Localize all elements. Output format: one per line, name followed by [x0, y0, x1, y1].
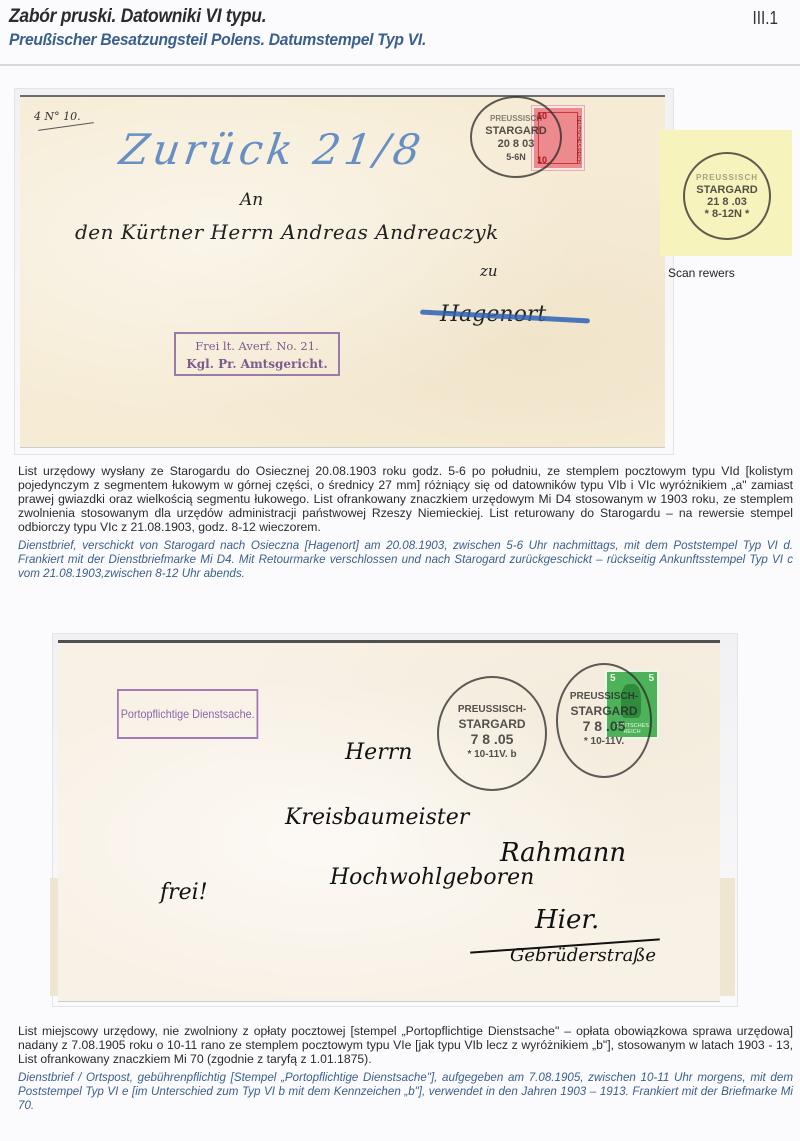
page-number: III.1	[752, 8, 778, 29]
reverse-postmark-town-top: PREUSSISCH	[685, 172, 769, 184]
stamp-country: DEUTSCHES REICH	[575, 116, 581, 164]
reverse-scan-caption: Scan rewers	[668, 266, 735, 280]
postmark-date: 20 8 03	[472, 138, 560, 151]
frame-stamp-line-2: Kgl. Pr. Amtsgericht.	[176, 355, 338, 373]
postmark-hour: 5-6N	[472, 151, 560, 164]
envelope-2-city: Hier.	[535, 905, 599, 935]
frame-stamp-line-1: Frei lt. Averf. No. 21.	[176, 337, 338, 355]
envelope-2-name: Rahmann	[500, 838, 626, 868]
item-2-description-german: Dienstbrief / Ortspost, gebührenpflichti…	[18, 1071, 793, 1113]
envelope-1-reference-note: 4 N° 10.	[34, 110, 81, 123]
envelope-1-zu: zu	[480, 262, 498, 280]
postmark-a-date: 7 8 .05	[439, 732, 545, 747]
envelope-1-postmark: PREUSSISCH STARGARD 20 8 03 5-6N	[470, 96, 562, 178]
reverse-postmark-hour: * 8-12N *	[685, 208, 769, 220]
envelope-2-title: Kreisbaumeister	[285, 805, 469, 830]
postmark-a-hour: * 10-11V. b	[439, 747, 545, 762]
envelope-2-street: Gebrüderstraße	[510, 945, 656, 966]
postmark-a-town-top: PREUSSISCH-	[439, 702, 545, 717]
envelope-1-return-handwriting: Zurück 21/8	[117, 125, 428, 174]
envelope-2-postage-due-frame-stamp: Portopflichtige Dienstsache.	[117, 689, 258, 739]
item-1-description-german: Dienstbrief, verschickt von Starogard na…	[18, 539, 793, 581]
postmark-b-town-top: PREUSSISCH-	[558, 689, 650, 704]
envelope-1-addressee: den Kürtner Herrn Andreas Andreaczyk	[75, 220, 499, 244]
envelope-2-postmark-a: PREUSSISCH- STARGARD 7 8 .05 * 10-11V. b	[437, 676, 547, 791]
postmark-town: STARGARD	[472, 125, 560, 138]
postmark-b-hour: * 10-11V.	[558, 734, 650, 749]
envelope-2-frei: frei!	[160, 880, 208, 905]
header-divider	[0, 64, 800, 66]
postmark-a-town: STARGARD	[439, 717, 545, 732]
postmark-b-date: 7 8 .05	[558, 719, 650, 734]
stamp-value-right: 5	[648, 673, 654, 684]
postmark-b-town: STARGARD	[558, 704, 650, 719]
item-1-description-polish: List urzędowy wysłany ze Starogardu do O…	[18, 464, 793, 534]
page-title-german: Preußischer Besatzungsteil Polens. Datum…	[9, 30, 426, 50]
reverse-postmark-date: 21 8 .03	[685, 196, 769, 208]
reverse-scan-postmark: PREUSSISCH STARGARD 21 8 .03 * 8-12N *	[683, 152, 771, 240]
envelope-2-postmark-b: PREUSSISCH- STARGARD 7 8 .05 * 10-11V.	[556, 663, 652, 778]
item-2-description-polish: List miejscowy urzędowy, nie zwolniony z…	[18, 1024, 793, 1066]
envelope-1-an: An	[240, 190, 263, 210]
page-title-polish: Zabór pruski. Datowniki VI typu.	[9, 6, 266, 28]
envelope-1-exemption-frame-stamp: Frei lt. Averf. No. 21. Kgl. Pr. Amtsger…	[174, 332, 340, 376]
postmark-town-top: PREUSSISCH	[472, 112, 560, 125]
reverse-postmark-town: STARGARD	[685, 184, 769, 196]
envelope-2-honorific: Hochwohlgeboren	[330, 865, 534, 890]
envelope-2-herrn: Herrn	[345, 740, 412, 765]
